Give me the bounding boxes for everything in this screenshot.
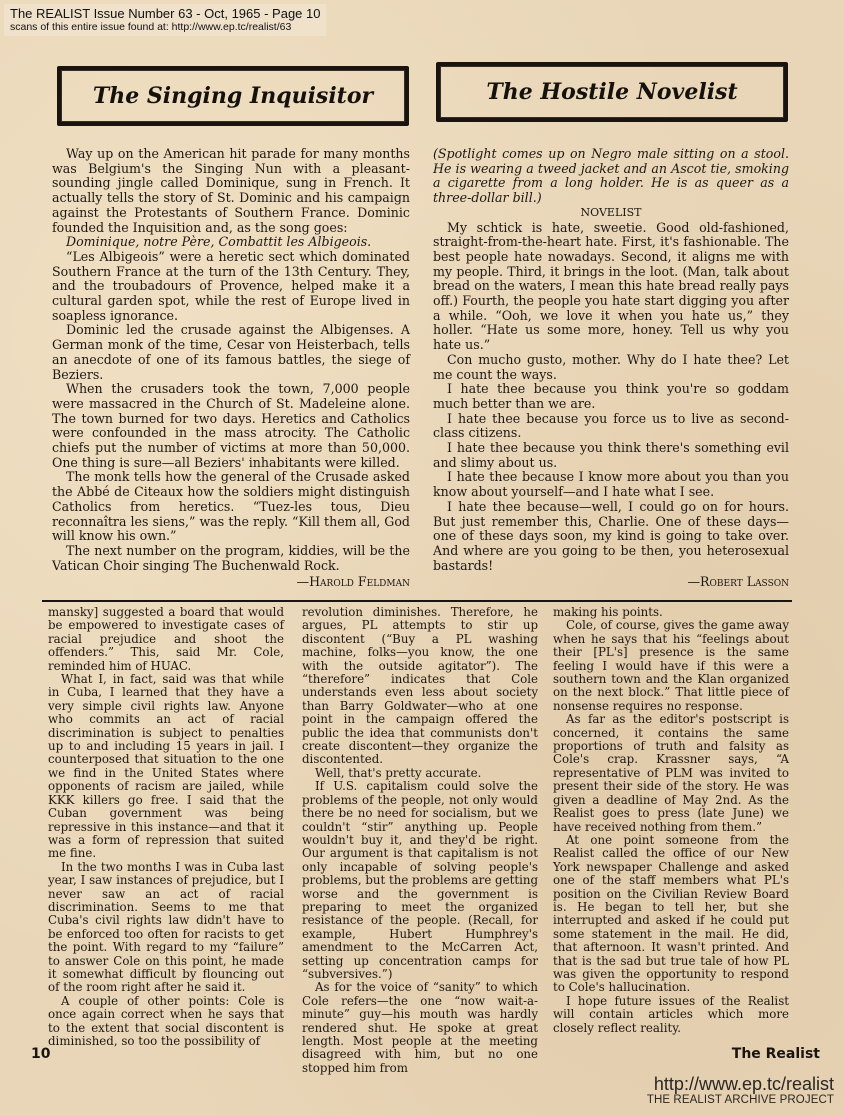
scan-header: The REALIST Issue Number 63 - Oct, 1965 … bbox=[4, 4, 326, 36]
paragraph: What I, in fact, said was that while in … bbox=[48, 673, 284, 861]
stage-direction: (Spotlight comes up on Negro male sittin… bbox=[433, 147, 789, 206]
paragraph: When the crusaders took the town, 7,000 … bbox=[52, 382, 410, 470]
article-body-hostile-novelist: (Spotlight comes up on Negro male sittin… bbox=[433, 147, 789, 590]
article-title: The Hostile Novelist bbox=[486, 79, 737, 105]
paragraph: Dominic led the crusade against the Albi… bbox=[52, 323, 410, 382]
paragraph: I hope future issues of the Realist will… bbox=[553, 995, 789, 1035]
letter-column-3: making his points. Cole, of course, give… bbox=[553, 606, 789, 1035]
paragraph: The monk tells how the general of the Cr… bbox=[52, 470, 410, 544]
song-lyric: Dominique, notre Père, Combattit les Alb… bbox=[52, 235, 410, 250]
author-byline: —Robert Lasson bbox=[433, 575, 789, 590]
paragraph: As far as the editor's postscript is con… bbox=[553, 713, 789, 834]
paragraph: I hate thee because—well, I could go on … bbox=[433, 500, 789, 574]
paragraph: Con mucho gusto, mother. Why do I hate t… bbox=[433, 353, 789, 382]
archive-watermark: http://www.ep.tc/realist THE REALIST ARC… bbox=[647, 1074, 834, 1107]
archive-project: THE REALIST ARCHIVE PROJECT bbox=[647, 1094, 834, 1107]
paragraph: A couple of other points: Cole is once a… bbox=[48, 995, 284, 1049]
paragraph: I hate thee because you think you're so … bbox=[433, 382, 789, 411]
paragraph: revolution diminishes. Therefore, he arg… bbox=[302, 606, 538, 767]
paragraph: In the two months I was in Cuba last yea… bbox=[48, 861, 284, 995]
paragraph: As for the voice of “sanity” to which Co… bbox=[302, 981, 538, 1075]
paragraph: mansky] suggested a board that would be … bbox=[48, 606, 284, 673]
publication-name: The Realist bbox=[732, 1046, 820, 1062]
paragraph: If U.S. capitalism could solve the probl… bbox=[302, 780, 538, 981]
letter-column-1: mansky] suggested a board that would be … bbox=[48, 606, 284, 1048]
paragraph: The next number on the program, kiddies,… bbox=[52, 544, 410, 573]
archive-url[interactable]: http://www.ep.tc/realist bbox=[647, 1074, 834, 1094]
letter-column-2: revolution diminishes. Therefore, he arg… bbox=[302, 606, 538, 1075]
section-divider bbox=[42, 600, 792, 602]
article-title: The Singing Inquisitor bbox=[93, 83, 373, 109]
paragraph: Way up on the American hit parade for ma… bbox=[52, 147, 410, 235]
paragraph: “Les Albigeois” were a heretic sect whic… bbox=[52, 250, 410, 324]
article-title-box-singing-inquisitor: The Singing Inquisitor bbox=[57, 66, 409, 126]
paragraph: I hate thee because you force us to live… bbox=[433, 412, 789, 441]
paragraph: making his points. bbox=[553, 606, 789, 619]
page-number: 10 bbox=[31, 1046, 50, 1062]
paragraph: I hate thee because I know more about yo… bbox=[433, 470, 789, 499]
article-body-singing-inquisitor: Way up on the American hit parade for ma… bbox=[52, 147, 410, 590]
paragraph: At one point someone from the Realist ca… bbox=[553, 834, 789, 995]
paragraph: My schtick is hate, sweetie. Good old-fa… bbox=[433, 221, 789, 353]
scan-header-source: scans of this entire issue found at: htt… bbox=[10, 21, 320, 33]
scan-header-title: The REALIST Issue Number 63 - Oct, 1965 … bbox=[10, 6, 320, 21]
paragraph: Cole, of course, gives the game away whe… bbox=[553, 619, 789, 713]
paragraph: Well, that's pretty accurate. bbox=[302, 767, 538, 780]
author-byline: —Harold Feldman bbox=[52, 575, 410, 590]
speaker-label: NOVELIST bbox=[433, 206, 789, 221]
paragraph: I hate thee because you think there's so… bbox=[433, 441, 789, 470]
article-title-box-hostile-novelist: The Hostile Novelist bbox=[436, 62, 788, 122]
